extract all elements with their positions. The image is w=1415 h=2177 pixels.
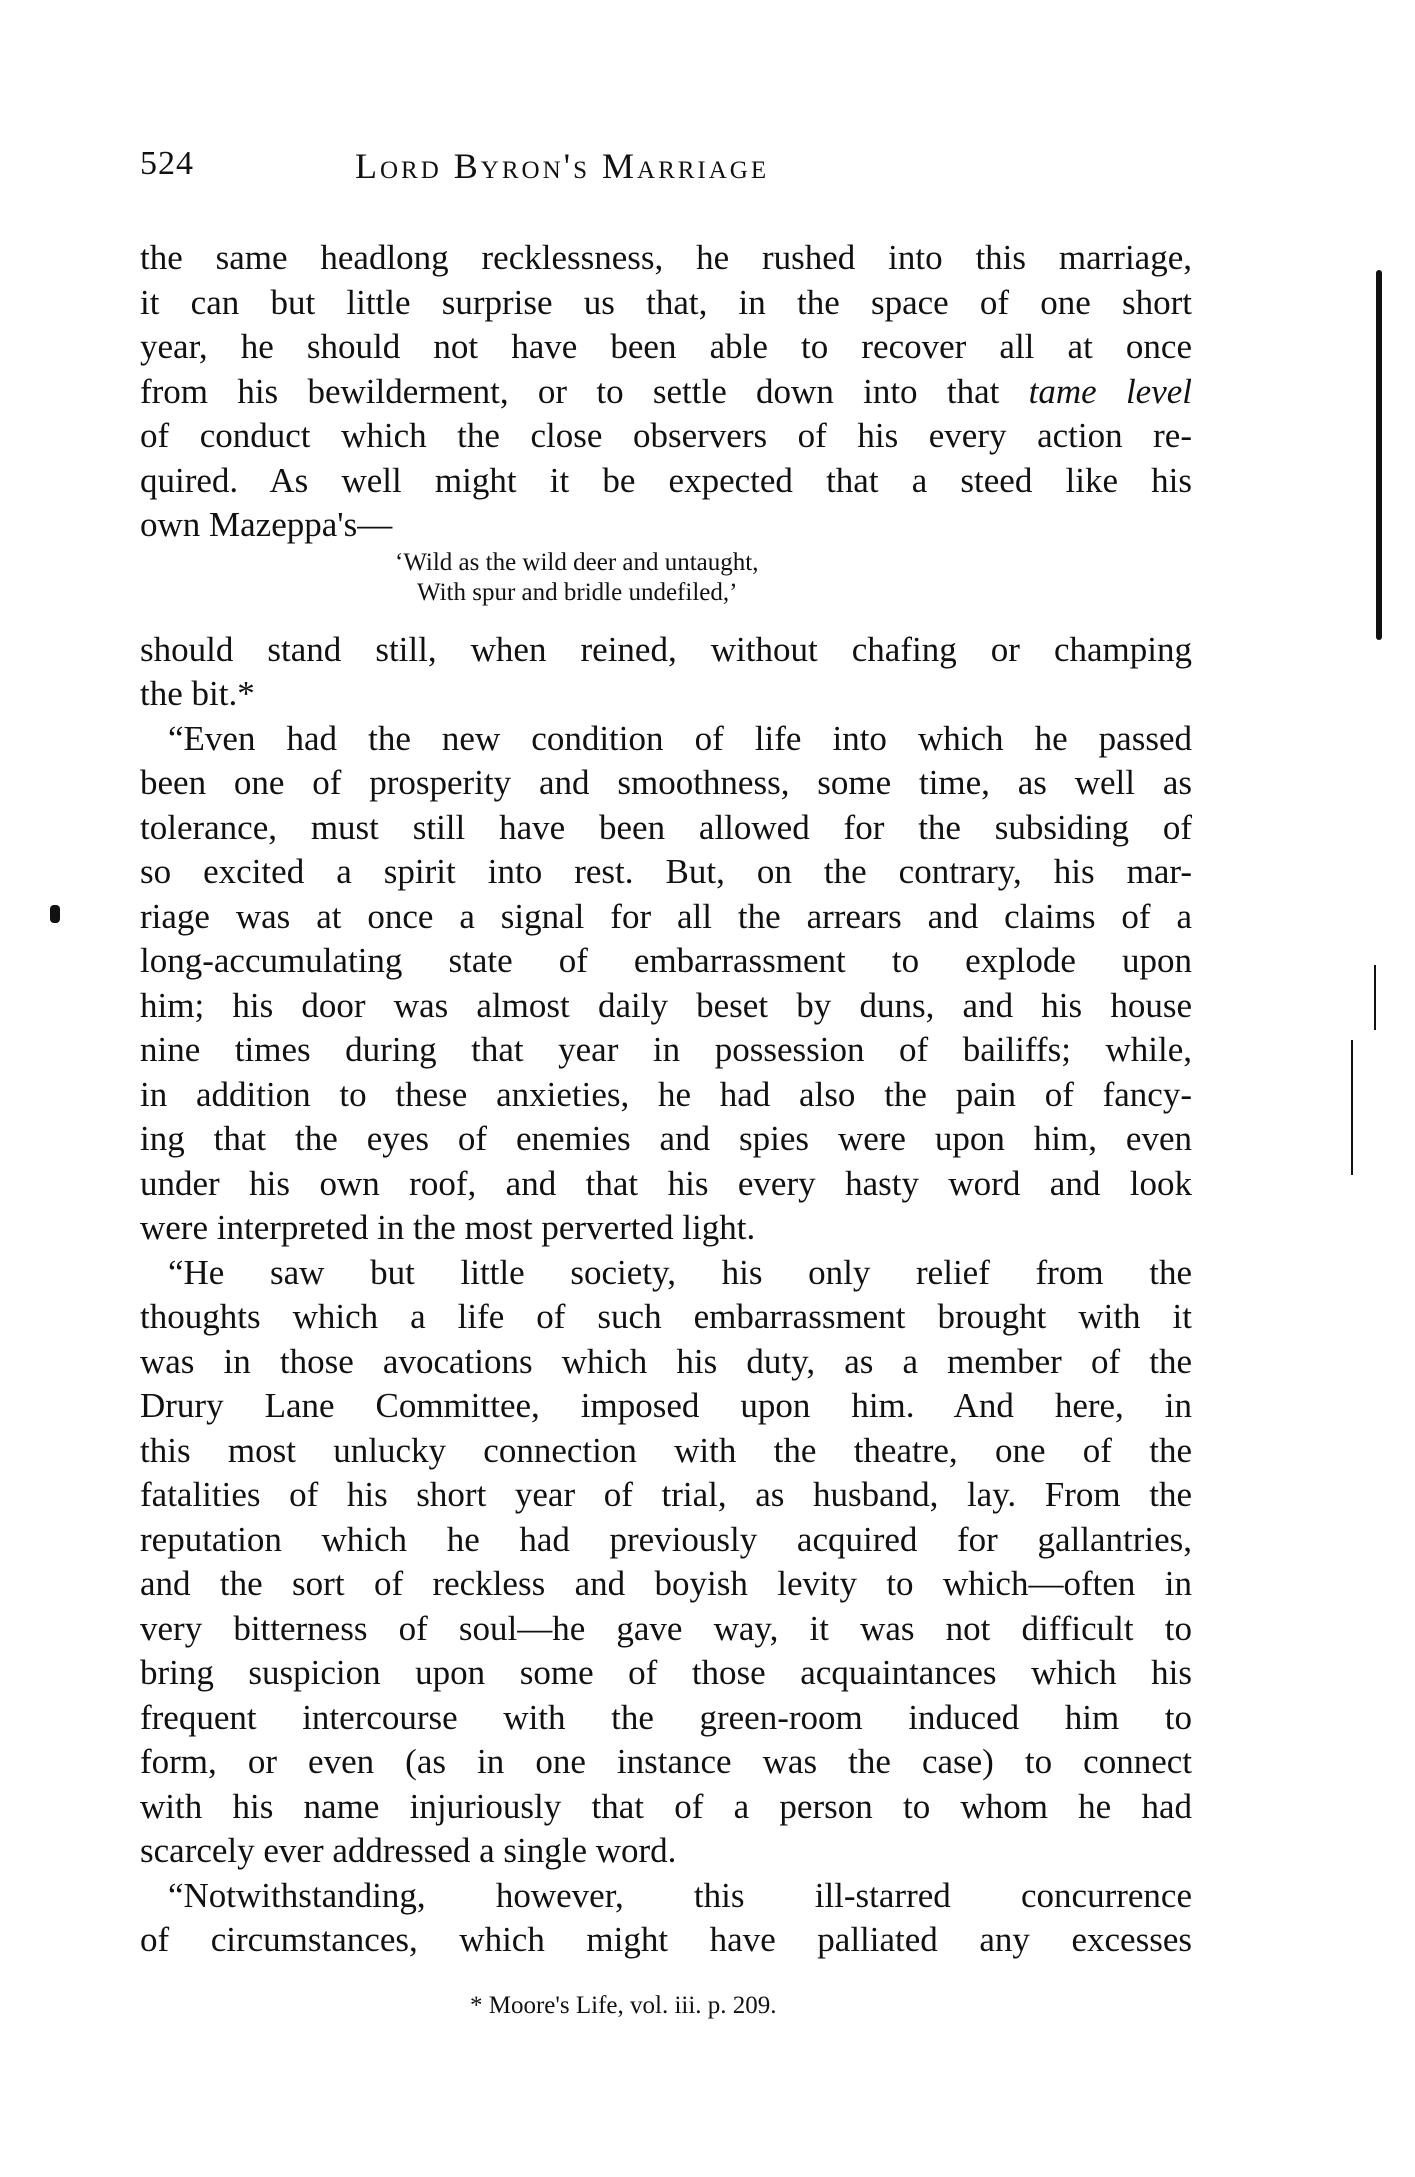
text-line: fatalities of his short year of trial, a… <box>140 1473 1192 1517</box>
text-line: should stand still, when reined, without… <box>140 628 1192 672</box>
text-line: Drury Lane Committee, imposed upon him. … <box>140 1384 1192 1428</box>
text-line: “Notwithstanding, however, this ill-star… <box>168 1874 1192 1918</box>
text-line: riage was at once a signal for all the a… <box>140 895 1192 939</box>
text-line: with his name injuriously that of a pers… <box>140 1785 1192 1829</box>
text-line: was in those avocations which his duty, … <box>140 1340 1192 1384</box>
verse-line: ‘Wild as the wild deer and untaught, <box>395 548 758 578</box>
text-line: of conduct which the close observers of … <box>140 414 1192 458</box>
text-line: from his bewilderment, or to settle down… <box>140 370 1192 414</box>
margin-scan-mark <box>50 905 60 923</box>
text-line: tolerance, must still have been allowed … <box>140 806 1192 850</box>
text-line: quired. As well might it be expected tha… <box>140 459 1192 503</box>
text-line: “Even had the new condition of life into… <box>168 717 1192 761</box>
margin-scan-mark <box>1374 965 1376 1030</box>
footnote: * Moore's Life, vol. iii. p. 209. <box>470 1992 777 2020</box>
verse-line: With spur and bridle undefiled,’ <box>417 578 737 608</box>
text-line: year, he should not have been able to re… <box>140 325 1192 369</box>
margin-scan-mark <box>1351 1040 1353 1175</box>
text-line: “He saw but little society, his only rel… <box>168 1251 1192 1295</box>
page-number: 524 <box>140 145 194 183</box>
text-line: it can but little surprise us that, in t… <box>140 281 1192 325</box>
text-line: been one of prosperity and smoothness, s… <box>140 761 1192 805</box>
italic-phrase: tame level <box>1029 372 1192 411</box>
text-line: of circumstances, which might have palli… <box>140 1918 1192 1962</box>
running-header: 524 Lord Byron's Marriage <box>140 145 1190 195</box>
text-line: very bitterness of soul—he gave way, it … <box>140 1607 1192 1651</box>
text-line: so excited a spirit into rest. But, on t… <box>140 850 1192 894</box>
text-line: and the sort of reckless and boyish levi… <box>140 1562 1192 1606</box>
running-title: Lord Byron's Marriage <box>355 145 769 187</box>
text-line: thoughts which a life of such embarrassm… <box>140 1295 1192 1339</box>
text-line: were interpreted in the most perverted l… <box>140 1206 1192 1250</box>
text-line: in addition to these anxieties, he had a… <box>140 1073 1192 1117</box>
text-line: own Mazeppa's— <box>140 503 1192 547</box>
text-line: reputation which he had previously acqui… <box>140 1518 1192 1562</box>
margin-scan-mark <box>1376 270 1382 640</box>
text-line: form, or even (as in one instance was th… <box>140 1740 1192 1784</box>
text-line: him; his door was almost daily beset by … <box>140 984 1192 1028</box>
text-line: the bit.* <box>140 672 1192 716</box>
text-line: nine times during that year in possessio… <box>140 1028 1192 1072</box>
text-line: bring suspicion upon some of those acqua… <box>140 1651 1192 1695</box>
text-line: long-accumulating state of embarrassment… <box>140 939 1192 983</box>
text-line: the same headlong recklessness, he rushe… <box>140 236 1192 280</box>
text-line: under his own roof, and that his every h… <box>140 1162 1192 1206</box>
text-line: ing that the eyes of enemies and spies w… <box>140 1117 1192 1161</box>
text-line: frequent intercourse with the green-room… <box>140 1696 1192 1740</box>
text-line: this most unlucky connection with the th… <box>140 1429 1192 1473</box>
text-line: scarcely ever addressed a single word. <box>140 1829 1192 1873</box>
